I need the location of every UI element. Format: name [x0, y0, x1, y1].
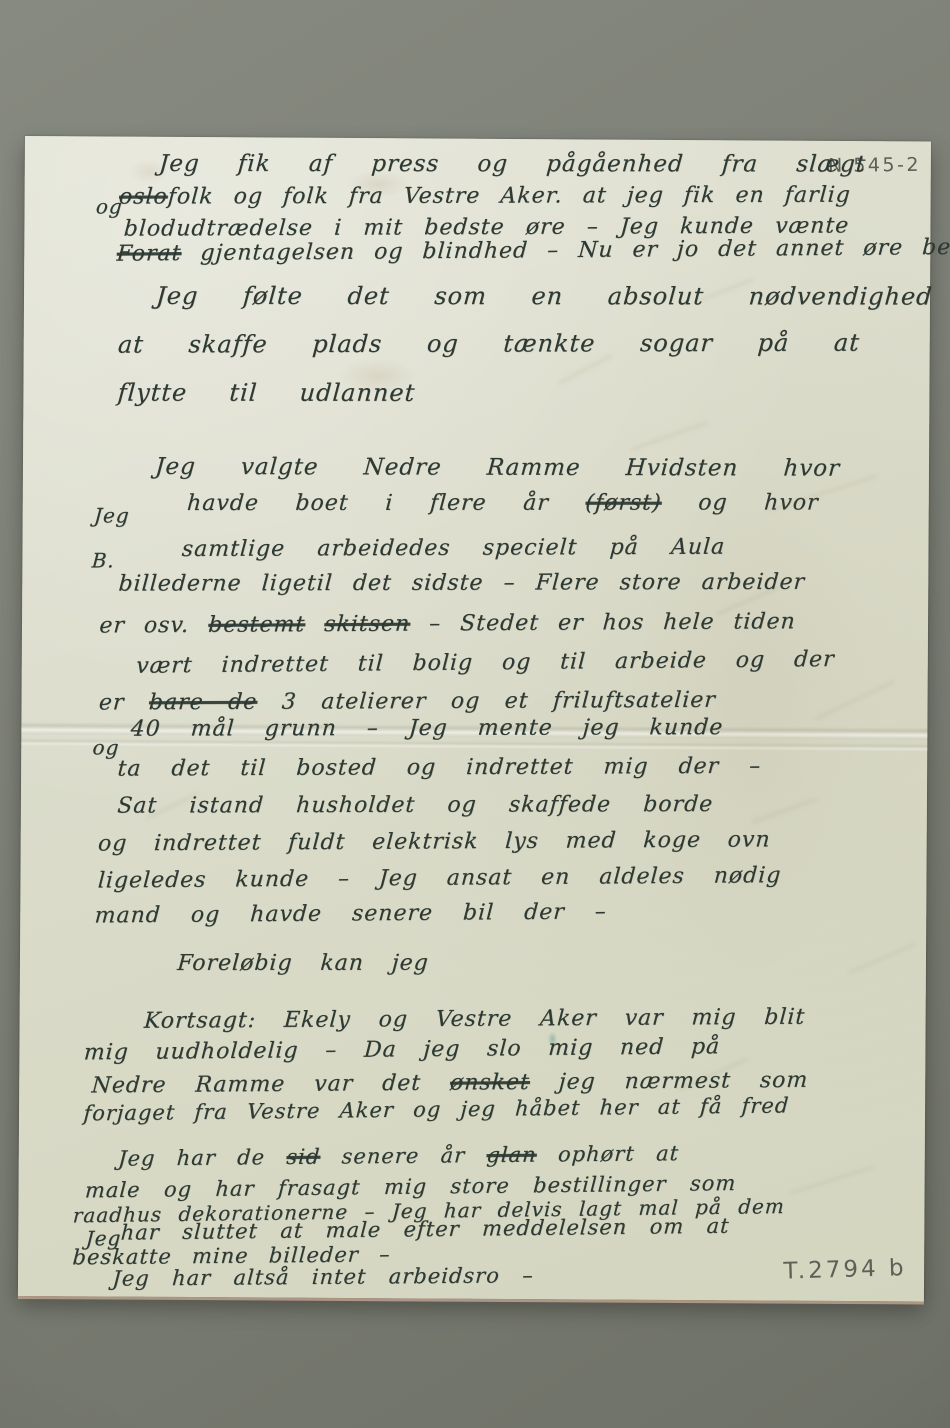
manuscript-line: Kortsagt: Ekely og Vestre Aker var mig b…	[143, 1007, 806, 1033]
manuscript-line: Foreløbig kan jeg	[176, 953, 429, 975]
handwritten-text	[304, 612, 325, 637]
handwritten-text: Nedre Ramme var det	[91, 1071, 451, 1099]
handwritten-text: 40 mål grunn – Jeg mente jeg kunde	[130, 715, 724, 742]
verso-showthrough-mark	[847, 942, 917, 975]
handwritten-text: flytte til udlannet	[117, 379, 417, 407]
manuscript-line: Jeg har de sid senere år glan ophørt at	[118, 1143, 680, 1169]
handwritten-text: Jeg har de	[117, 1145, 287, 1171]
manuscript-line: 40 mål grunn – Jeg mente jeg kunde	[130, 717, 724, 741]
handwritten-text: Jeg	[93, 503, 130, 527]
handwritten-text: Jeg har altså intet arbeidsro –	[112, 1263, 535, 1290]
verso-showthrough-mark	[631, 421, 709, 451]
handwritten-text: senere år	[320, 1143, 488, 1169]
handwritten-text: 3 atelierer og et friluftsatelier	[256, 688, 716, 715]
handwritten-text: B.	[91, 548, 116, 572]
photo-background: N 545-2 T.2794 b Jeg fik af press og påg…	[0, 0, 950, 1428]
verso-showthrough-mark	[790, 1165, 875, 1195]
handwritten-text: – Stedet er hos hele tiden	[409, 609, 796, 636]
manuscript-line: er bare de 3 atelierer og et friluftsate…	[98, 690, 716, 715]
manuscript-line: at skaffe plads og tænkte sogar på at	[117, 331, 861, 357]
manuscript-line: Jeg fik af press og pågåenhed fra slægt	[158, 153, 867, 177]
paper: N 545-2 T.2794 b Jeg fik af press og påg…	[18, 136, 931, 1302]
manuscript-line: ligeledes kunde – Jeg ansat en aldeles n…	[97, 865, 782, 892]
manuscript-line: har sluttet at male efter meddelelsen om…	[120, 1216, 730, 1244]
archive-number-bottom: T.2794 b	[783, 1255, 907, 1285]
handwritten-text: er	[98, 690, 150, 715]
manuscript-line: og indrettet fuldt elektrisk lys med kog…	[97, 829, 771, 855]
manuscript-line: er osv. bestemt skitsen – Stedet er hos …	[99, 611, 797, 637]
struck-word: skitsen	[323, 612, 411, 638]
margin-note: Jeg	[93, 505, 130, 525]
struck-word: (først)	[585, 491, 663, 516]
manuscript-line: havde boet i flere år (først) og hvor	[186, 492, 819, 515]
handwritten-text: mig uudholdelig – Da jeg slo mig ned på	[83, 1034, 721, 1065]
manuscript-line: flytte til udlannet	[117, 381, 416, 405]
handwritten-text: gjentagelsen og blindhed – Nu er jo det …	[181, 235, 950, 266]
handwritten-text: billederne ligetil det sidste – Flere st…	[118, 570, 806, 597]
margin-note: B.	[91, 550, 115, 570]
handwritten-text: Jeg valgte Nedre Ramme Hvidsten hvor	[154, 454, 841, 482]
struck-word: oslo	[118, 184, 169, 209]
handwritten-text: samtlige arbeidedes specielt på Aula	[181, 535, 726, 562]
handwritten-text: og indrettet fuldt elektrisk lys med kog…	[97, 827, 771, 856]
manuscript-line: mand og havde senere bil der –	[94, 901, 608, 927]
handwritten-text: Sat istand husholdet og skaffede borde	[116, 792, 714, 819]
handwritten-text: Kortsagt: Ekely og Vestre Aker var mig b…	[143, 1005, 806, 1034]
verso-showthrough-mark	[751, 797, 818, 823]
manuscript-line: samtlige arbeidedes specielt på Aula	[181, 537, 726, 561]
handwritten-text: ta det til bosted og indrettet mig der –	[117, 754, 762, 782]
handwritten-text: jeg nærmest som	[529, 1068, 809, 1095]
manuscript-line: Forat gjentagelsen og blindhed – Nu er j…	[116, 237, 950, 266]
handwritten-text: ophørt at	[536, 1141, 680, 1166]
handwritten-text: Jeg følte det som en absolut nødvendighe…	[155, 282, 933, 311]
handwritten-text: havde boet i flere år	[186, 491, 586, 516]
verso-showthrough-mark	[815, 680, 896, 721]
manuscript-line: Jeg har altså intet arbeidsro –	[112, 1265, 535, 1289]
manuscript-line: Nedre Ramme var det ønsket jeg nærmest s…	[91, 1070, 809, 1098]
handwritten-text: og hvor	[661, 490, 820, 515]
handwritten-text: at skaffe plads og tænkte sogar på at	[117, 329, 861, 359]
manuscript-line: Jeg følte det som en absolut nødvendighe…	[155, 284, 933, 309]
manuscript-line: mig uudholdelig – Da jeg slo mig ned på	[83, 1036, 721, 1064]
manuscript-line: ta det til bosted og indrettet mig der –	[117, 756, 762, 781]
struck-word: bare de	[148, 690, 258, 715]
manuscript-line: oslofolk og folk fra Vestre Aker. at jeg…	[118, 185, 851, 209]
handwritten-text: er osv.	[99, 613, 209, 639]
manuscript-line: Jeg valgte Nedre Ramme Hvidsten hvor	[154, 456, 841, 481]
struck-word: ønsket	[449, 1070, 530, 1096]
handwritten-text: Foreløbig kan jeg	[176, 951, 429, 976]
handwritten-text: folk og folk fra Vestre Aker. at jeg fik…	[167, 183, 852, 210]
verso-showthrough-mark	[420, 1329, 468, 1349]
handwritten-text: ligeledes kunde – Jeg ansat en aldeles n…	[97, 863, 782, 893]
struck-word: sid	[286, 1145, 321, 1169]
verso-showthrough-mark	[558, 354, 613, 385]
handwritten-text: forjaget fra Vestre Aker og jeg håbet he…	[83, 1093, 790, 1125]
struck-word: glan	[486, 1143, 538, 1167]
struck-word: bestemt	[207, 612, 306, 638]
manuscript-line: vært indrettet til bolig og til arbeide …	[136, 649, 836, 678]
manuscript-line: billederne ligetil det sidste – Flere st…	[118, 572, 806, 596]
handwritten-text: mand og havde senere bil der –	[94, 899, 608, 928]
margin-note: og	[92, 737, 120, 757]
handwritten-text: og	[92, 735, 120, 759]
struck-word: Forat	[116, 241, 182, 267]
manuscript-line: Sat istand husholdet og skaffede borde	[116, 794, 713, 818]
handwritten-text: Jeg fik af press og pågåenhed fra slægt	[158, 151, 867, 178]
manuscript-line: forjaget fra Vestre Aker og jeg håbet he…	[83, 1095, 790, 1124]
handwritten-text: vært indrettet til bolig og til arbeide …	[135, 647, 835, 679]
